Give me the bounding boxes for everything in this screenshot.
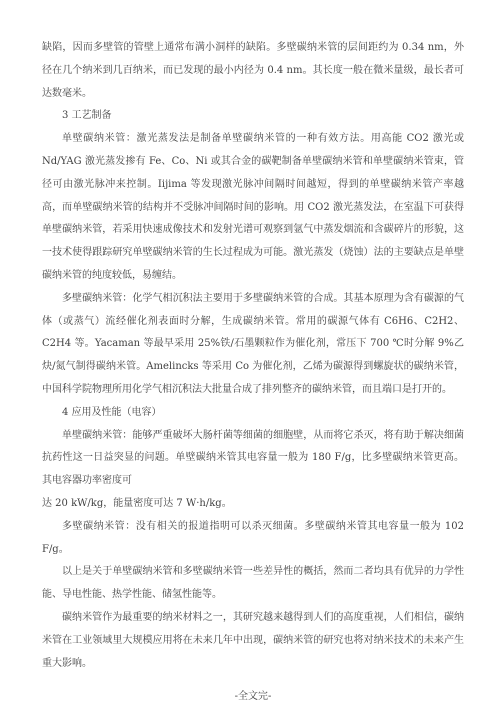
document-body: 缺陷，因而多壁管的管壁上通常布满小洞样的缺陷。多壁碳纳米管的层间距约为 0.34…	[42, 37, 464, 707]
paragraph-summary-differences: 以上是关于单壁碳纳米管和多壁碳纳米管一些差异性的概括，然而二者均具有优异的力学性…	[42, 561, 464, 607]
paragraph-power-density: 达 20 kW/kg，能量密度可达 7 W·h/kg。	[42, 493, 464, 516]
paragraph-swcnt-properties: 单壁碳纳米管：能够严重破坏大肠杆菌等细菌的细胞壁，从而将它杀灭，将有助于解决细菌…	[42, 425, 464, 493]
document-page: 缺陷，因而多壁管的管壁上通常布满小洞样的缺陷。多壁碳纳米管的层间距约为 0.34…	[0, 0, 500, 707]
paragraph-continuation-defects: 缺陷，因而多壁管的管壁上通常布满小洞样的缺陷。多壁碳纳米管的层间距约为 0.34…	[42, 37, 464, 105]
paragraph-swcnt-laser-evaporation: 单壁碳纳米管：激光蒸发法是制备单壁碳纳米管的一种有效方法。用高能 CO2 激光或…	[42, 128, 464, 288]
end-of-text-marker: -全文完-	[42, 686, 464, 707]
paragraph-outlook: 碳纳米管作为最重要的纳米材料之一，其研究越来越得到人们的高度重视，人们相信，碳纳…	[42, 607, 464, 675]
section-heading-application-capacitance: 4 应用及性能（电容）	[42, 402, 464, 425]
paragraph-mwcnt-capacitance: 多壁碳纳米管：没有相关的报道指明可以杀灭细菌。多壁碳纳米管其电容量一般为 102…	[42, 516, 464, 562]
paragraph-mwcnt-cvd: 多壁碳纳米管：化学气相沉积法主要用于多壁碳纳米管的合成。其基本原理为含有碳源的气…	[42, 288, 464, 402]
section-heading-process-preparation: 3 工艺制备	[42, 105, 464, 128]
